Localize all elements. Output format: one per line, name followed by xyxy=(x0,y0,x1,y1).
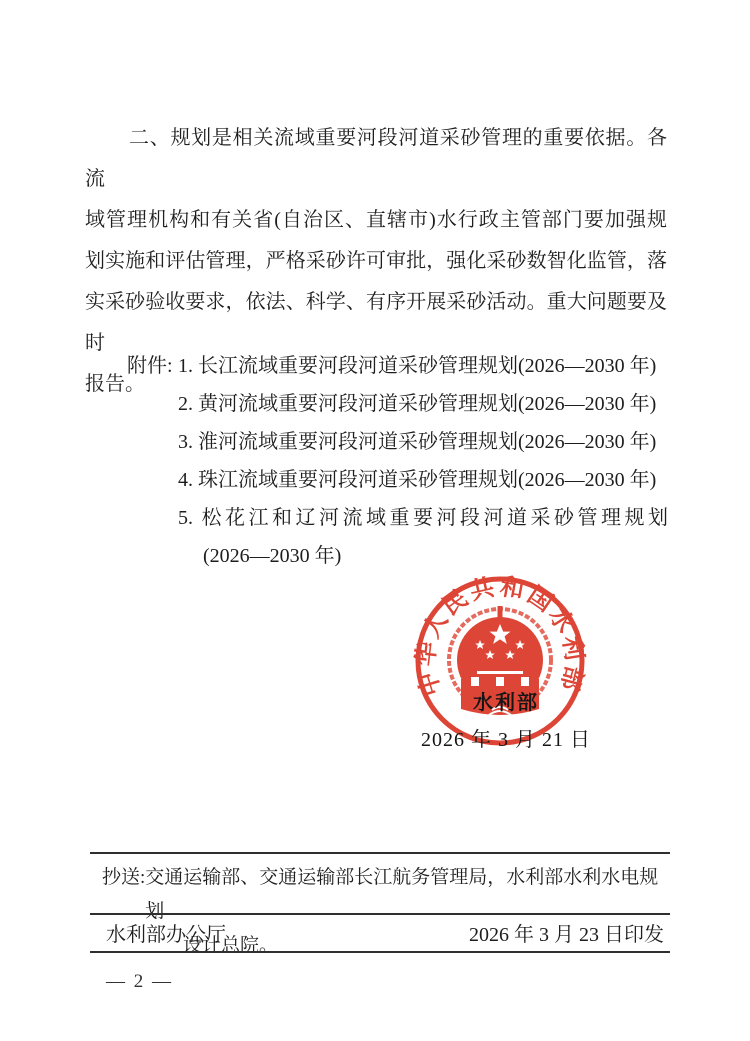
attachment-item: 5. 松花江和辽河流域重要河段河道采砂管理规划 xyxy=(127,499,668,537)
attachment-label: 附件: xyxy=(127,347,178,385)
attachment-item-continuation: (2026—2030 年) xyxy=(127,537,668,575)
attachment-item: 2. 黄河流域重要河段河道采砂管理规划(2026—2030 年) xyxy=(127,385,668,423)
footer-divider-top xyxy=(90,852,670,854)
document-page: 二、规划是相关流域重要河段河道采砂管理的重要依据。各流 域管理机构和有关省(自治… xyxy=(0,0,750,1041)
body-paragraph-line: 域管理机构和有关省(自治区、直辖市)水行政主管部门要加强规 xyxy=(85,200,667,241)
attachment-list: 附件: 1. 长江流域重要河段河道采砂管理规划(2026—2030 年) 2. … xyxy=(127,347,668,575)
issuer-row: 水利部办公厅 2026 年 3 月 23 日印发 xyxy=(90,920,670,950)
page-number: — 2 — xyxy=(106,971,173,993)
attachment-item: 3. 淮河流域重要河段河道采砂管理规划(2026—2030 年) xyxy=(127,423,668,461)
attachment-item: 4. 珠江流域重要河段河道采砂管理规划(2026—2030 年) xyxy=(127,461,668,499)
footer-divider-middle xyxy=(90,913,670,915)
cc-text-line-1: 交通运输部、交通运输部长江航务管理局，水利部水利水电规划 xyxy=(145,861,670,929)
issuing-agency: 水利部 xyxy=(473,686,539,715)
body-paragraph-line: 划实施和评估管理，严格采砂许可审批，强化采砂数智化监管，落 xyxy=(85,241,667,282)
issue-date: 2026 年 3 月 21 日 xyxy=(421,723,591,752)
attachment-item-text: 1. 长江流域重要河段河道采砂管理规划(2026—2030 年) xyxy=(178,347,656,385)
body-paragraph-line: 二、规划是相关流域重要河段河道采砂管理的重要依据。各流 xyxy=(85,118,667,200)
official-seal: 中华人民共和国水利部 xyxy=(413,574,587,748)
footer-divider-bottom xyxy=(90,951,670,953)
cc-label: 抄送: xyxy=(102,861,145,929)
issuer-office: 水利部办公厅 xyxy=(90,920,226,950)
print-date: 2026 年 3 月 23 日印发 xyxy=(469,920,670,950)
attachment-item: 附件: 1. 长江流域重要河段河道采砂管理规划(2026—2030 年) xyxy=(127,347,668,385)
